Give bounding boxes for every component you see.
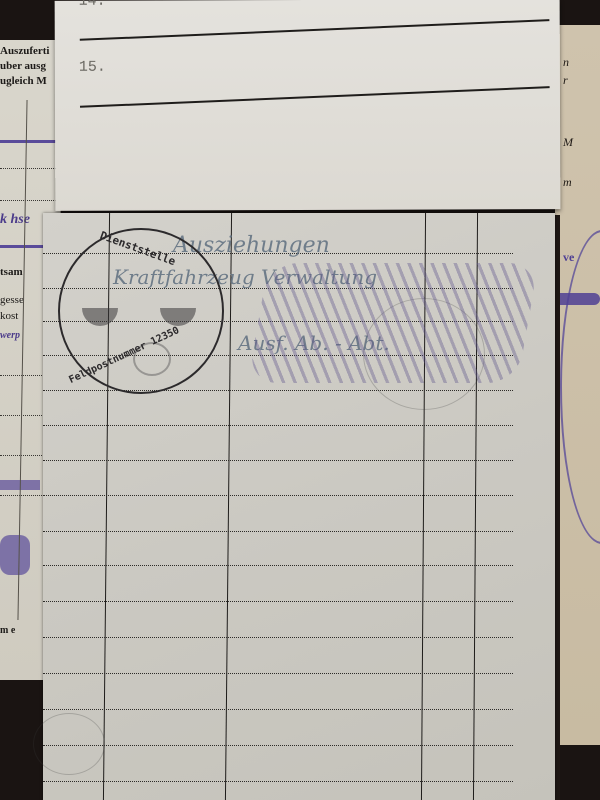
dotted-row — [43, 565, 513, 566]
column-divider — [225, 213, 232, 800]
left-doc-text-line: m e — [0, 625, 15, 636]
crossout-scribble — [247, 263, 538, 383]
line-number-14: 14. — [79, 0, 106, 10]
dotted-row — [43, 709, 513, 710]
handwriting-fragment: M — [563, 135, 573, 150]
handwriting-fragment: n — [563, 55, 569, 70]
eagle-stamp-fragment — [0, 535, 30, 575]
dotted-row — [43, 673, 513, 674]
handwriting-fragment: m — [563, 175, 572, 190]
left-doc-text-line: Auszuferti — [0, 45, 50, 57]
eagle-wing-right — [160, 308, 196, 326]
main-booklet-page: Ausziehungen Kraftfahrzeug Verwaltung Au… — [43, 213, 555, 800]
faint-stamp-impression — [33, 713, 105, 775]
left-doc-text-line: ugleich M — [0, 75, 47, 87]
left-doc-text-line: werp — [0, 330, 20, 341]
handwriting-fragment: r — [563, 73, 568, 88]
purple-eagle-fragment — [555, 293, 600, 305]
dotted-row — [43, 745, 513, 746]
left-doc-text-line: tsam — [0, 266, 23, 278]
dotted-row — [43, 531, 513, 532]
dotted-row — [43, 601, 513, 602]
left-doc-text-line: gesse — [0, 294, 24, 306]
purple-ink-bar — [0, 140, 60, 143]
stamp-text-fragment: ve — [563, 250, 574, 265]
purple-stamp-circle — [560, 230, 600, 544]
ruled-line — [80, 86, 550, 107]
right-background-document: n r M m ve — [555, 25, 600, 745]
dotted-row — [43, 460, 513, 461]
dienststelle-stamp: Dienststelle Feldpostnummer 12350 — [58, 228, 224, 394]
ruled-line — [80, 19, 550, 40]
stamp-top-text: Dienststelle — [98, 229, 177, 268]
line-number-15: 15. — [79, 59, 106, 76]
left-doc-text-line: kost — [0, 310, 18, 322]
dotted-line — [0, 200, 60, 201]
dotted-line — [0, 168, 60, 169]
left-doc-text-line: uber ausg — [0, 60, 46, 72]
dotted-row — [43, 495, 513, 496]
top-document: 14. 15. — [55, 0, 561, 211]
eagle-wing-left — [82, 308, 118, 326]
dotted-row — [43, 637, 513, 638]
dotted-row — [43, 781, 513, 782]
dotted-row — [43, 425, 513, 426]
